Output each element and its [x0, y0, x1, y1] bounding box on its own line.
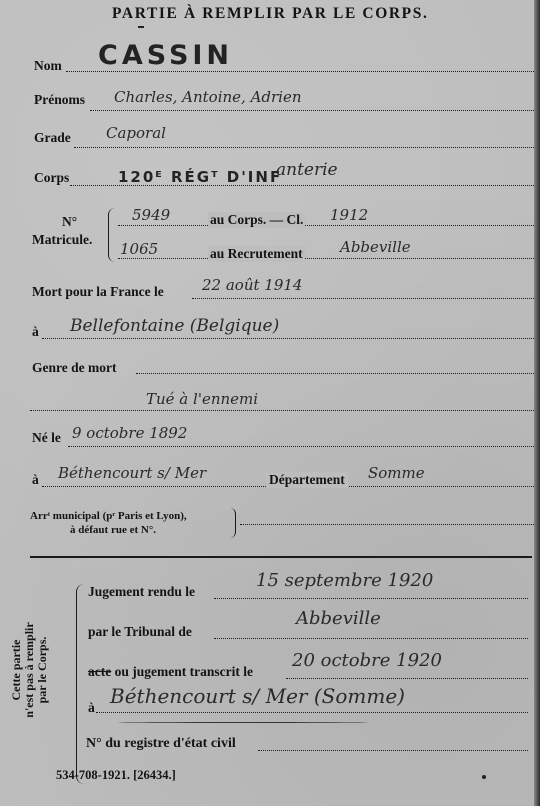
- jugement-label: Jugement rendu le: [88, 584, 195, 600]
- nom-value: CASSIN: [98, 40, 233, 71]
- transcrit-lieu-value: Béthencourt s/ Mer (Somme): [110, 684, 405, 708]
- ink-dot: [482, 775, 486, 779]
- transcrit-struck-label: acte: [88, 664, 111, 679]
- matricule-label: Matricule.: [32, 232, 92, 248]
- genre-mort-line-2: [30, 410, 534, 411]
- corps-stamp: 120ᴱ RÉGᵀ D'INF: [118, 168, 282, 186]
- mort-value: 22 août 1914: [202, 276, 302, 294]
- matricule-corps-label: au Corps. — Cl.: [208, 212, 305, 228]
- print-reference: 534-708-1921. [26434.]: [56, 768, 176, 783]
- matricule-recrutement-line: [118, 258, 534, 259]
- transcrit-line: [286, 678, 528, 679]
- matricule-brace: [108, 208, 115, 262]
- tribunal-line: [214, 638, 528, 639]
- recrutement-value: Abbeville: [340, 238, 411, 256]
- ne-le-line: [68, 446, 534, 447]
- grade-label: Grade: [34, 130, 71, 146]
- transcrit-label-text: ou jugement transcrit le: [115, 664, 253, 679]
- lower-brace: [76, 584, 85, 784]
- nom-line: [66, 71, 534, 72]
- corps-label: Corps: [34, 170, 69, 186]
- mort-lieu-line: [42, 338, 534, 339]
- jugement-value: 15 septembre 1920: [256, 570, 433, 591]
- death-record-card: PARTIE À REMPLIR PAR LE CORPS. Nom CASSI…: [0, 0, 540, 806]
- registre-label: N° du registre d'état civil: [86, 736, 236, 752]
- matricule-corps-no: 5949: [132, 206, 170, 224]
- transcrit-lieu-line: [96, 712, 528, 713]
- genre-mort-line: [136, 373, 534, 374]
- mort-label: Mort pour la France le: [32, 284, 164, 300]
- tribunal-value: Abbeville: [296, 608, 381, 629]
- handwritten-underline: [118, 722, 368, 723]
- corps-value: anterie: [276, 160, 338, 180]
- arrondissement-label-2: à défaut rue et N°.: [70, 524, 156, 536]
- ne-lieu-value: Béthencourt s/ Mer: [58, 464, 206, 482]
- matricule-corps-line: [118, 225, 534, 226]
- recrutement-no: 1065: [120, 240, 158, 258]
- ne-lieu-label: à: [32, 472, 39, 488]
- jugement-line: [214, 598, 528, 599]
- nom-label: Nom: [34, 58, 62, 74]
- departement-label: Département: [266, 472, 348, 488]
- mort-lieu-value: Bellefontaine (Belgique): [70, 316, 279, 336]
- mort-line: [192, 298, 534, 299]
- departement-value: Somme: [368, 464, 425, 482]
- classe-value: 1912: [330, 206, 368, 224]
- header-dash: [138, 26, 144, 28]
- arrondissement-line: [240, 524, 534, 525]
- side-note-line-3: par le Corps.: [36, 610, 49, 730]
- card-header: PARTIE À REMPLIR PAR LE CORPS.: [112, 5, 428, 23]
- ne-le-value: 9 octobre 1892: [72, 424, 187, 442]
- grade-value: Caporal: [106, 124, 166, 142]
- scan-edge: [534, 0, 540, 806]
- transcrit-label: acte ou jugement transcrit le: [88, 664, 253, 680]
- grade-line: [74, 147, 534, 148]
- registre-line: [258, 750, 528, 751]
- arrondissement-label-1: Arrᵗ municipal (pʳ Paris et Lyon),: [30, 510, 187, 522]
- section-divider: [30, 556, 532, 558]
- prenoms-value: Charles, Antoine, Adrien: [114, 88, 302, 106]
- ne-le-label: Né le: [32, 430, 61, 446]
- prenoms-line: [90, 110, 534, 111]
- tribunal-label: par le Tribunal de: [88, 624, 192, 640]
- arrondissement-brace: [230, 508, 236, 538]
- recrutement-label: au Recrutement: [208, 246, 305, 262]
- genre-mort-value: Tué à l'ennemi: [146, 390, 258, 408]
- side-note: Cette partie n'est pas à remplir par le …: [10, 610, 82, 730]
- mort-lieu-label: à: [32, 324, 39, 340]
- transcrit-value: 20 octobre 1920: [292, 650, 442, 671]
- transcrit-lieu-label: à: [88, 700, 95, 716]
- genre-mort-label: Genre de mort: [32, 360, 116, 376]
- matricule-no-label: N°: [62, 214, 77, 230]
- prenoms-label: Prénoms: [34, 92, 85, 108]
